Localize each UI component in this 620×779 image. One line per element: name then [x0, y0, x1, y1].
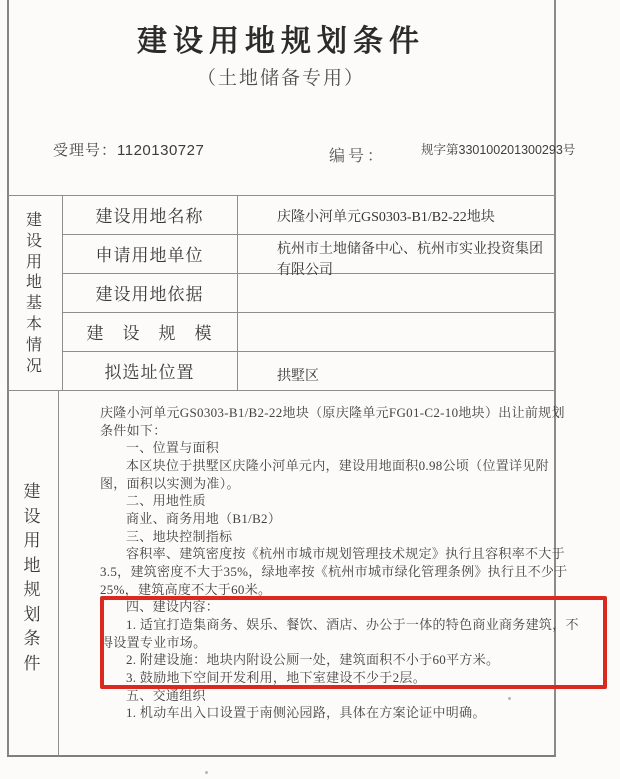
row-label-land-name: 建设用地名称	[62, 195, 237, 234]
row-value-site-location: 拱墅区	[277, 366, 555, 387]
row-label-scale: 建 设 规 模	[62, 312, 237, 351]
planning-text-line: 五、交通组织	[100, 687, 555, 705]
doc-number-value: 规字第330100201300293号	[421, 140, 575, 158]
frame-border-left	[7, 0, 9, 757]
acceptance-number-row: 受理号：1120130727	[53, 139, 204, 160]
row-label-applicant: 申请用地单位	[62, 234, 237, 273]
acceptance-number-label: 受理号：	[53, 143, 117, 159]
row-value-land-name: 庆隆小河单元GS0303-B1/B2-22地块	[277, 207, 555, 228]
document-title: 建设用地规划条件	[7, 16, 555, 60]
planning-text-line: 3.5，建筑密度不大于35%，绿地率按《杭州市城市绿化管理条例》执行且不少于	[100, 563, 555, 581]
planning-text-line: 图，面积以实测为准）。	[100, 475, 555, 493]
planning-label-column-line	[58, 390, 59, 756]
planning-text-line: 1. 机动车出入口设置于南侧沁园路，具体在方案论证中明确。	[100, 704, 555, 722]
planning-text-line: 三、地块控制指标	[100, 528, 555, 546]
row-label-basis: 建设用地依据	[62, 273, 237, 312]
planning-section-label: 建设用地规划条件	[23, 480, 41, 676]
basic-info-section-label: 建设用地基本情况	[25, 211, 43, 377]
frame-border-bottom	[7, 755, 556, 757]
scanned-document-page: 建设用地规划条件 （土地储备专用） 受理号：1120130727 编号： 规字第…	[0, 0, 620, 779]
planning-text-line: 本区块位于拱墅区庆隆小河单元内，建设用地面积0.98公顷（位置详见附	[100, 457, 555, 475]
planning-text-line: 庆隆小河单元GS0303-B1/B2-22地块（原庆隆单元FG01-C2-10地…	[100, 404, 555, 422]
document-subtitle: （土地储备专用）	[7, 63, 555, 90]
scan-speck	[508, 697, 511, 700]
row-value-applicant: 杭州市土地储备中心、杭州市实业投资集团有限公司	[277, 239, 555, 281]
planning-text-line: 二、用地性质	[100, 492, 555, 510]
planning-text-line: 商业、商务用地（B1/B2）	[100, 510, 555, 528]
highlight-box-annotation	[100, 596, 607, 689]
scan-speck	[205, 771, 208, 774]
planning-text-line: 容积率、建筑密度按《杭州市城市规划管理技术规定》执行且容积率不大于	[100, 545, 555, 563]
basic-info-value-column-line	[237, 195, 238, 390]
planning-text-line: 一、位置与面积	[100, 439, 555, 457]
doc-number-label: 编号：	[329, 143, 386, 166]
row-label-site-location: 拟选址位置	[62, 351, 237, 390]
planning-text-line: 条件如下：	[100, 422, 555, 440]
section-divider-line	[7, 390, 555, 391]
acceptance-number-value: 1120130727	[117, 142, 204, 159]
